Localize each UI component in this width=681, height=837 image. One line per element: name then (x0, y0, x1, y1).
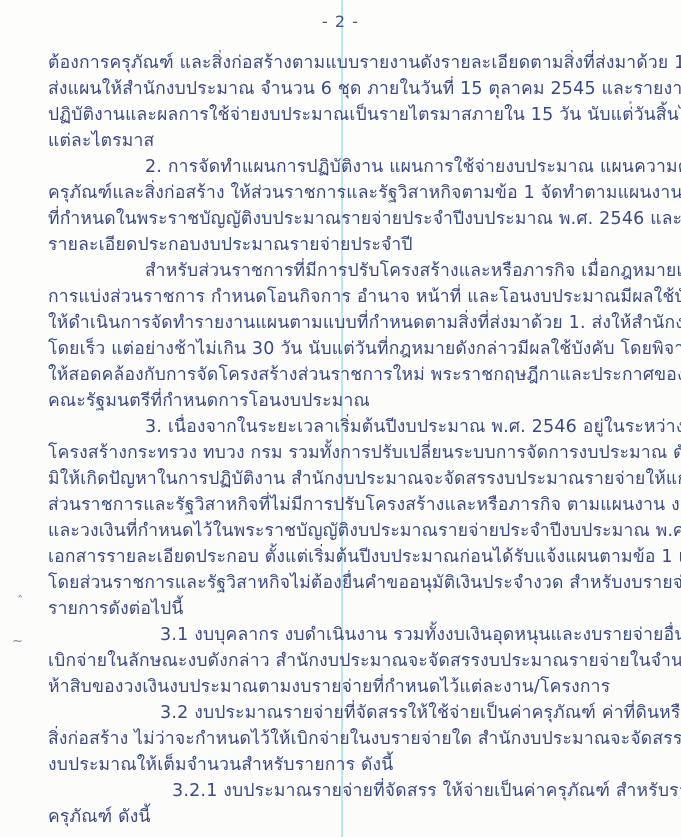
text-line: แต่ละไตรมาส (48, 128, 636, 154)
paragraph: 3.2.1 งบประมาณรายจ่ายที่จัดสรร ให้จ่ายเป… (48, 778, 636, 830)
paragraph: สำหรับส่วนราชการที่มีการปรับโครงสร้างและ… (48, 258, 636, 414)
text-line: ให้ดำเนินการจัดทำรายงานแผนตามแบบที่กำหนด… (48, 310, 636, 336)
text-line: สำหรับส่วนราชการที่มีการปรับโครงสร้างและ… (48, 258, 636, 284)
text-line: งบประมาณให้เต็มจำนวนสำหรับรายการ ดังนี้ (48, 752, 636, 778)
text-line: ส่งแผนให้สำนักงบประมาณ จำนวน 6 ชุด ภายใน… (48, 76, 636, 102)
text-line: สิ่งก่อสร้าง ไม่ว่าจะกำหนดไว้ให้เบิกจ่าย… (48, 726, 636, 752)
margin-stray-mark-tilde: ~ (12, 634, 23, 649)
text-line: 2. การจัดทำแผนการปฏิบัติงาน แผนการใช้จ่า… (48, 154, 636, 180)
text-line: ปฏิบัติงานและผลการใช้จ่ายงบประมาณเป็นราย… (48, 102, 636, 128)
paragraph: 2. การจัดทำแผนการปฏิบัติงาน แผนการใช้จ่า… (48, 154, 636, 258)
text-line: มิให้เกิดปัญหาในการปฏิบัติงาน สำนักงบประ… (48, 466, 636, 492)
text-line: และวงเงินที่กำหนดไว้ในพระราชบัญญัติงบประ… (48, 518, 636, 544)
text-line: ต้องการครุภัณฑ์ และสิ่งก่อสร้างตามแบบราย… (48, 50, 636, 76)
text-line: การแบ่งส่วนราชการ กำหนดโอนกิจการ อำนาจ ห… (48, 284, 636, 310)
text-line: ครุภัณฑ์ ดังนี้ (48, 804, 636, 830)
scan-speck (629, 101, 632, 104)
text-line: 3.1 งบบุคลากร งบดำเนินงาน รวมทั้งงบเงินอ… (48, 622, 636, 648)
text-line: โครงสร้างกระทรวง ทบวง กรม รวมทั้งการปรับ… (48, 440, 636, 466)
paragraph: 3. เนื่องจากในระยะเวลาเริ่มต้นปีงบประมาณ… (48, 414, 636, 622)
text-line: เบิกจ่ายในลักษณะงบดังกล่าว สำนักงบประมาณ… (48, 648, 636, 674)
paragraph: ต้องการครุภัณฑ์ และสิ่งก่อสร้างตามแบบราย… (48, 50, 636, 154)
text-line: ส่วนราชการและรัฐวิสาหกิจที่ไม่มีการปรับโ… (48, 492, 636, 518)
document-page: - 2 - ต้องการครุภัณฑ์ และสิ่งก่อสร้างตาม… (0, 0, 681, 837)
page-number: - 2 - (0, 12, 681, 31)
text-line: ที่กำหนดในพระราชบัญญัติงบประมาณรายจ่ายปร… (48, 206, 636, 232)
text-line: คณะรัฐมนตรีที่กำหนดการโอนงบประมาณ (48, 388, 636, 414)
text-line: ครุภัณฑ์และสิ่งก่อสร้าง ให้ส่วนราชการและ… (48, 180, 636, 206)
document-body: ต้องการครุภัณฑ์ และสิ่งก่อสร้างตามแบบราย… (48, 50, 636, 830)
text-line: ให้สอดคล้องกับการจัดโครงสร้างส่วนราชการใ… (48, 362, 636, 388)
text-line: รายละเอียดประกอบงบประมาณรายจ่ายประจำปี (48, 232, 636, 258)
text-line: 3.2.1 งบประมาณรายจ่ายที่จัดสรร ให้จ่ายเป… (48, 778, 636, 804)
paragraph: 3.1 งบบุคลากร งบดำเนินงาน รวมทั้งงบเงินอ… (48, 622, 636, 700)
text-line: รายการดังต่อไปนี้ (48, 596, 636, 622)
text-line: ห้าสิบของวงเงินงบประมาณตามงบรายจ่ายที่กำ… (48, 674, 636, 700)
text-line: 3. เนื่องจากในระยะเวลาเริ่มต้นปีงบประมาณ… (48, 414, 636, 440)
paragraph: 3.2 งบประมาณรายจ่ายที่จัดสรรให้ใช้จ่ายเป… (48, 700, 636, 778)
text-line: 3.2 งบประมาณรายจ่ายที่จัดสรรให้ใช้จ่ายเป… (48, 700, 636, 726)
margin-stray-mark-caret: ˆ (17, 595, 24, 610)
text-line: เอกสารรายละเอียดประกอบ ตั้งแต่เริ่มต้นปี… (48, 544, 636, 570)
text-line: โดยเร็ว แต่อย่างช้าไม่เกิน 30 วัน นับแต่… (48, 336, 636, 362)
text-line: โดยส่วนราชการและรัฐวิสาหกิจไม่ต้องยื่นคำ… (48, 570, 636, 596)
